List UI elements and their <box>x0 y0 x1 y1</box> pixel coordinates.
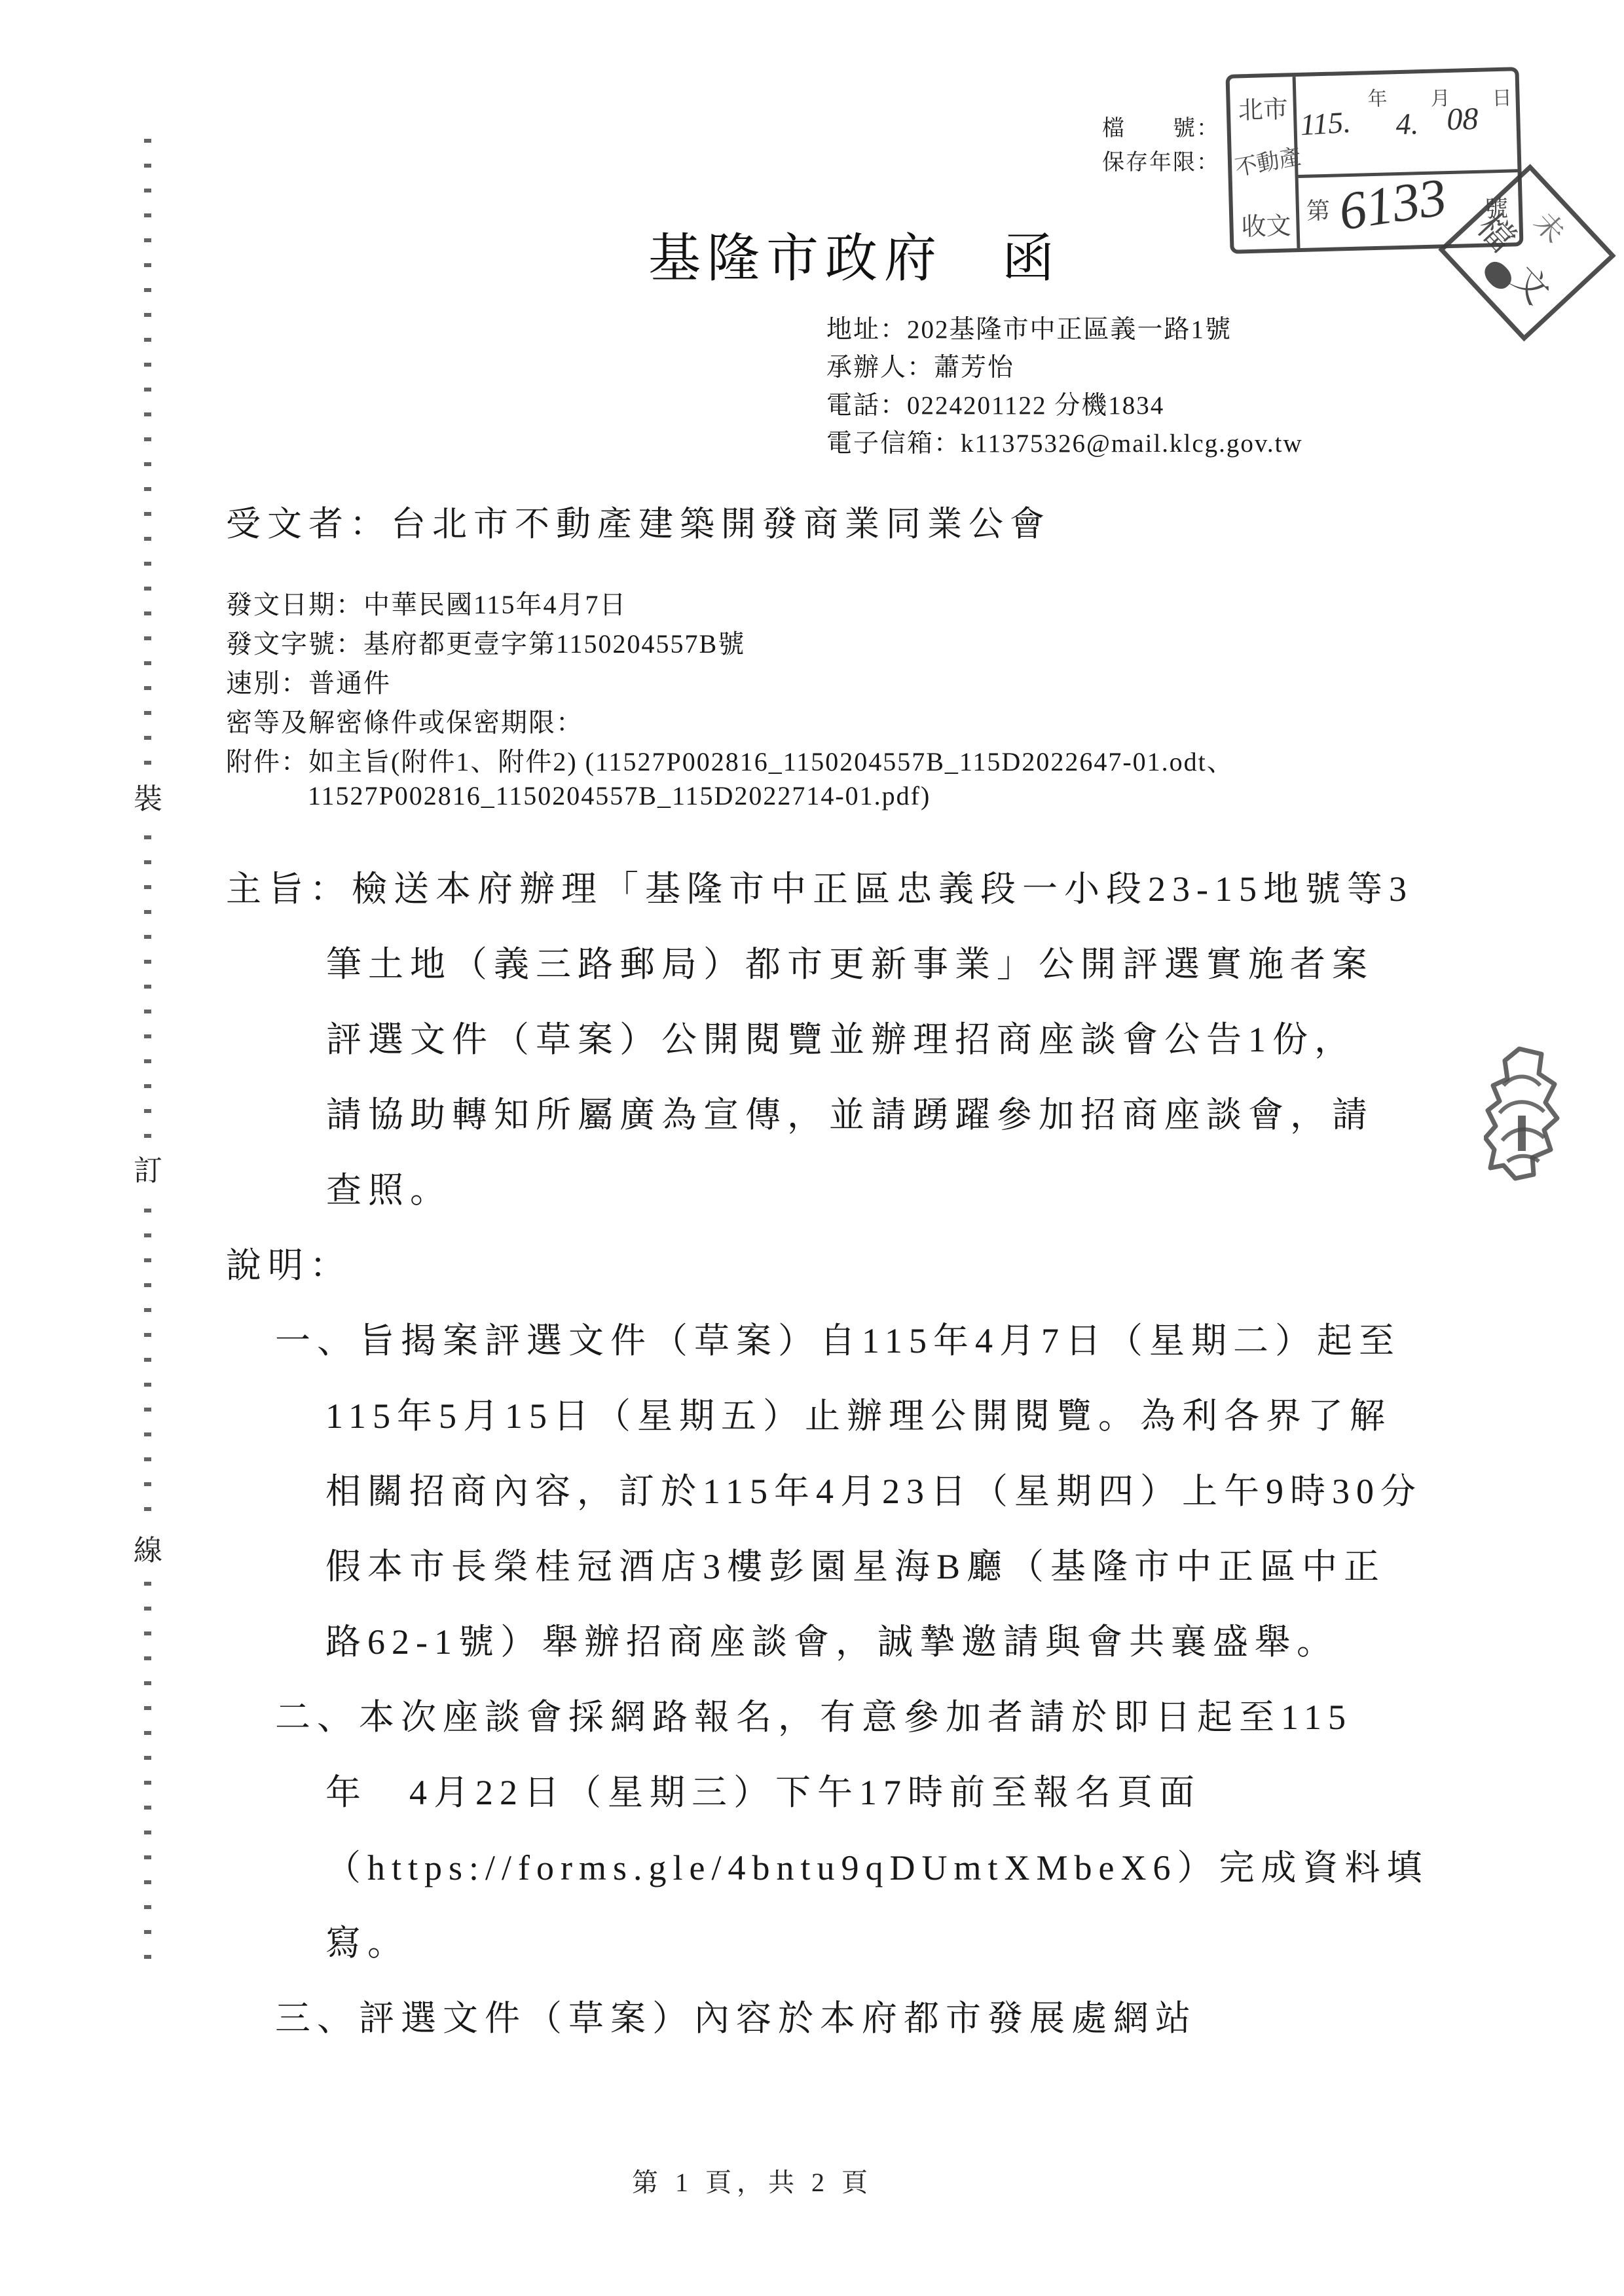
stamp-date-day: 08 <box>1447 101 1479 137</box>
explanation-line: 二、本次座談會採網路報名，有意參加者請於即日起至115 <box>275 1689 1352 1740</box>
explanation-line: 年 4月22日（星期三）下午17時前至報名頁面 <box>325 1764 1201 1815</box>
meta-doc-number: 發文字號：基府都更壹字第1150204557B號 <box>226 623 745 661</box>
stamp-year-label: 年 <box>1367 82 1388 111</box>
sender-address: 地址：202基隆市中正區義一路1號 <box>826 309 1232 346</box>
file-number-label: 檔 號： <box>1102 110 1220 142</box>
subject-line: 評選文件（草案）公開閱覽並辦理招商座談會公告1份， <box>326 1011 1356 1062</box>
subject-line: 查照。 <box>326 1162 452 1212</box>
explanation-line: 路62-1號）舉辦招商座談會，誠摯邀請與會共襄盛舉。 <box>325 1614 1338 1664</box>
explanation-line: 假本市長榮桂冠酒店3樓彭園星海B廳（基隆市中正區中正 <box>325 1539 1386 1589</box>
stamp-number-value: 6133 <box>1335 166 1450 243</box>
diamond-stamp-char-right: 文 <box>1502 253 1563 314</box>
subject-line: 請協助轉知所屬廣為宣傳，並請踴躍參加招商座談會，請 <box>326 1087 1374 1137</box>
sender-email: 電子信箱：k11375326@mail.klcg.gov.tw <box>826 423 1303 460</box>
stamp-org-bottom: 收文 <box>1241 205 1291 242</box>
subject-line: 筆土地（義三路郵局）都市更新事業」公開評選實施者案 <box>326 936 1374 987</box>
meta-attachment-line1: 附件：如主旨(附件1、附件2) (11527P002816_1150204557… <box>226 741 1234 778</box>
document-page: { "page": { "title": "基隆市政府 函", "footer"… <box>0 0 1624 2296</box>
subject-line: 主旨：檢送本府辦理「基隆市中正區忠義段一小段23-15地號等3 <box>226 861 1413 911</box>
explanation-line: 115年5月15日（星期五）止辦理公開閱覽。為利各界了解 <box>325 1388 1392 1438</box>
meta-speed: 速別：普通件 <box>226 663 391 700</box>
explanation-line: 一、旨揭案評選文件（草案）自115年4月7日（星期二）起至 <box>275 1313 1401 1363</box>
explanation-line: 寫。 <box>325 1915 409 1965</box>
meta-security: 密等及解密條件或保密期限： <box>226 702 583 739</box>
explanation-line: 相關招商內容，訂於115年4月23日（星期四）上午9時30分 <box>325 1463 1422 1514</box>
stamp-org-top: 北市 <box>1238 88 1288 126</box>
edge-seal-stamp <box>1484 1045 1561 1186</box>
meta-attachment-line2: 11527P002816_1150204557B_115D2022714-01.… <box>308 780 931 811</box>
sender-phone: 電話：0224201122 分機1834 <box>826 385 1164 422</box>
sender-contact: 承辦人：蕭芳怡 <box>826 347 1014 384</box>
explanation-line: （https://forms.gle/4bntu9qDUmtXMbeX6）完成資… <box>325 1840 1428 1890</box>
stamp-number-prefix: 第 <box>1306 192 1330 227</box>
stamp-date-month: 4. <box>1395 106 1419 141</box>
binding-label-xian: 線 <box>130 1523 166 1573</box>
binding-label-ding: 訂 <box>130 1143 166 1193</box>
stamp-day-label: 日 <box>1492 81 1512 111</box>
binding-label-zhuang: 裝 <box>130 771 166 821</box>
recipient-line: 受文者：台北市不動產建築開發商業同業公會 <box>226 496 1051 546</box>
page-title: 基隆市政府 函 <box>648 216 1061 291</box>
page-footer: 第 1 頁，共 2 頁 <box>632 2162 873 2199</box>
meta-issue-date: 發文日期：中華民國115年4月7日 <box>226 584 627 621</box>
stamp-org-middle: 不動產 <box>1232 138 1303 182</box>
explanation-line: 三、評選文件（草案）內容於本府都市發展處網站 <box>275 1990 1197 2041</box>
explanation-label: 說明： <box>226 1237 352 1288</box>
edge-seal-graphic <box>1484 1045 1561 1182</box>
stamp-date-year: 115. <box>1299 105 1352 143</box>
retention-label: 保存年限： <box>1102 144 1220 176</box>
diamond-stamp-char-top: 未 <box>1526 201 1576 251</box>
binding-dotted-line <box>144 139 151 1978</box>
